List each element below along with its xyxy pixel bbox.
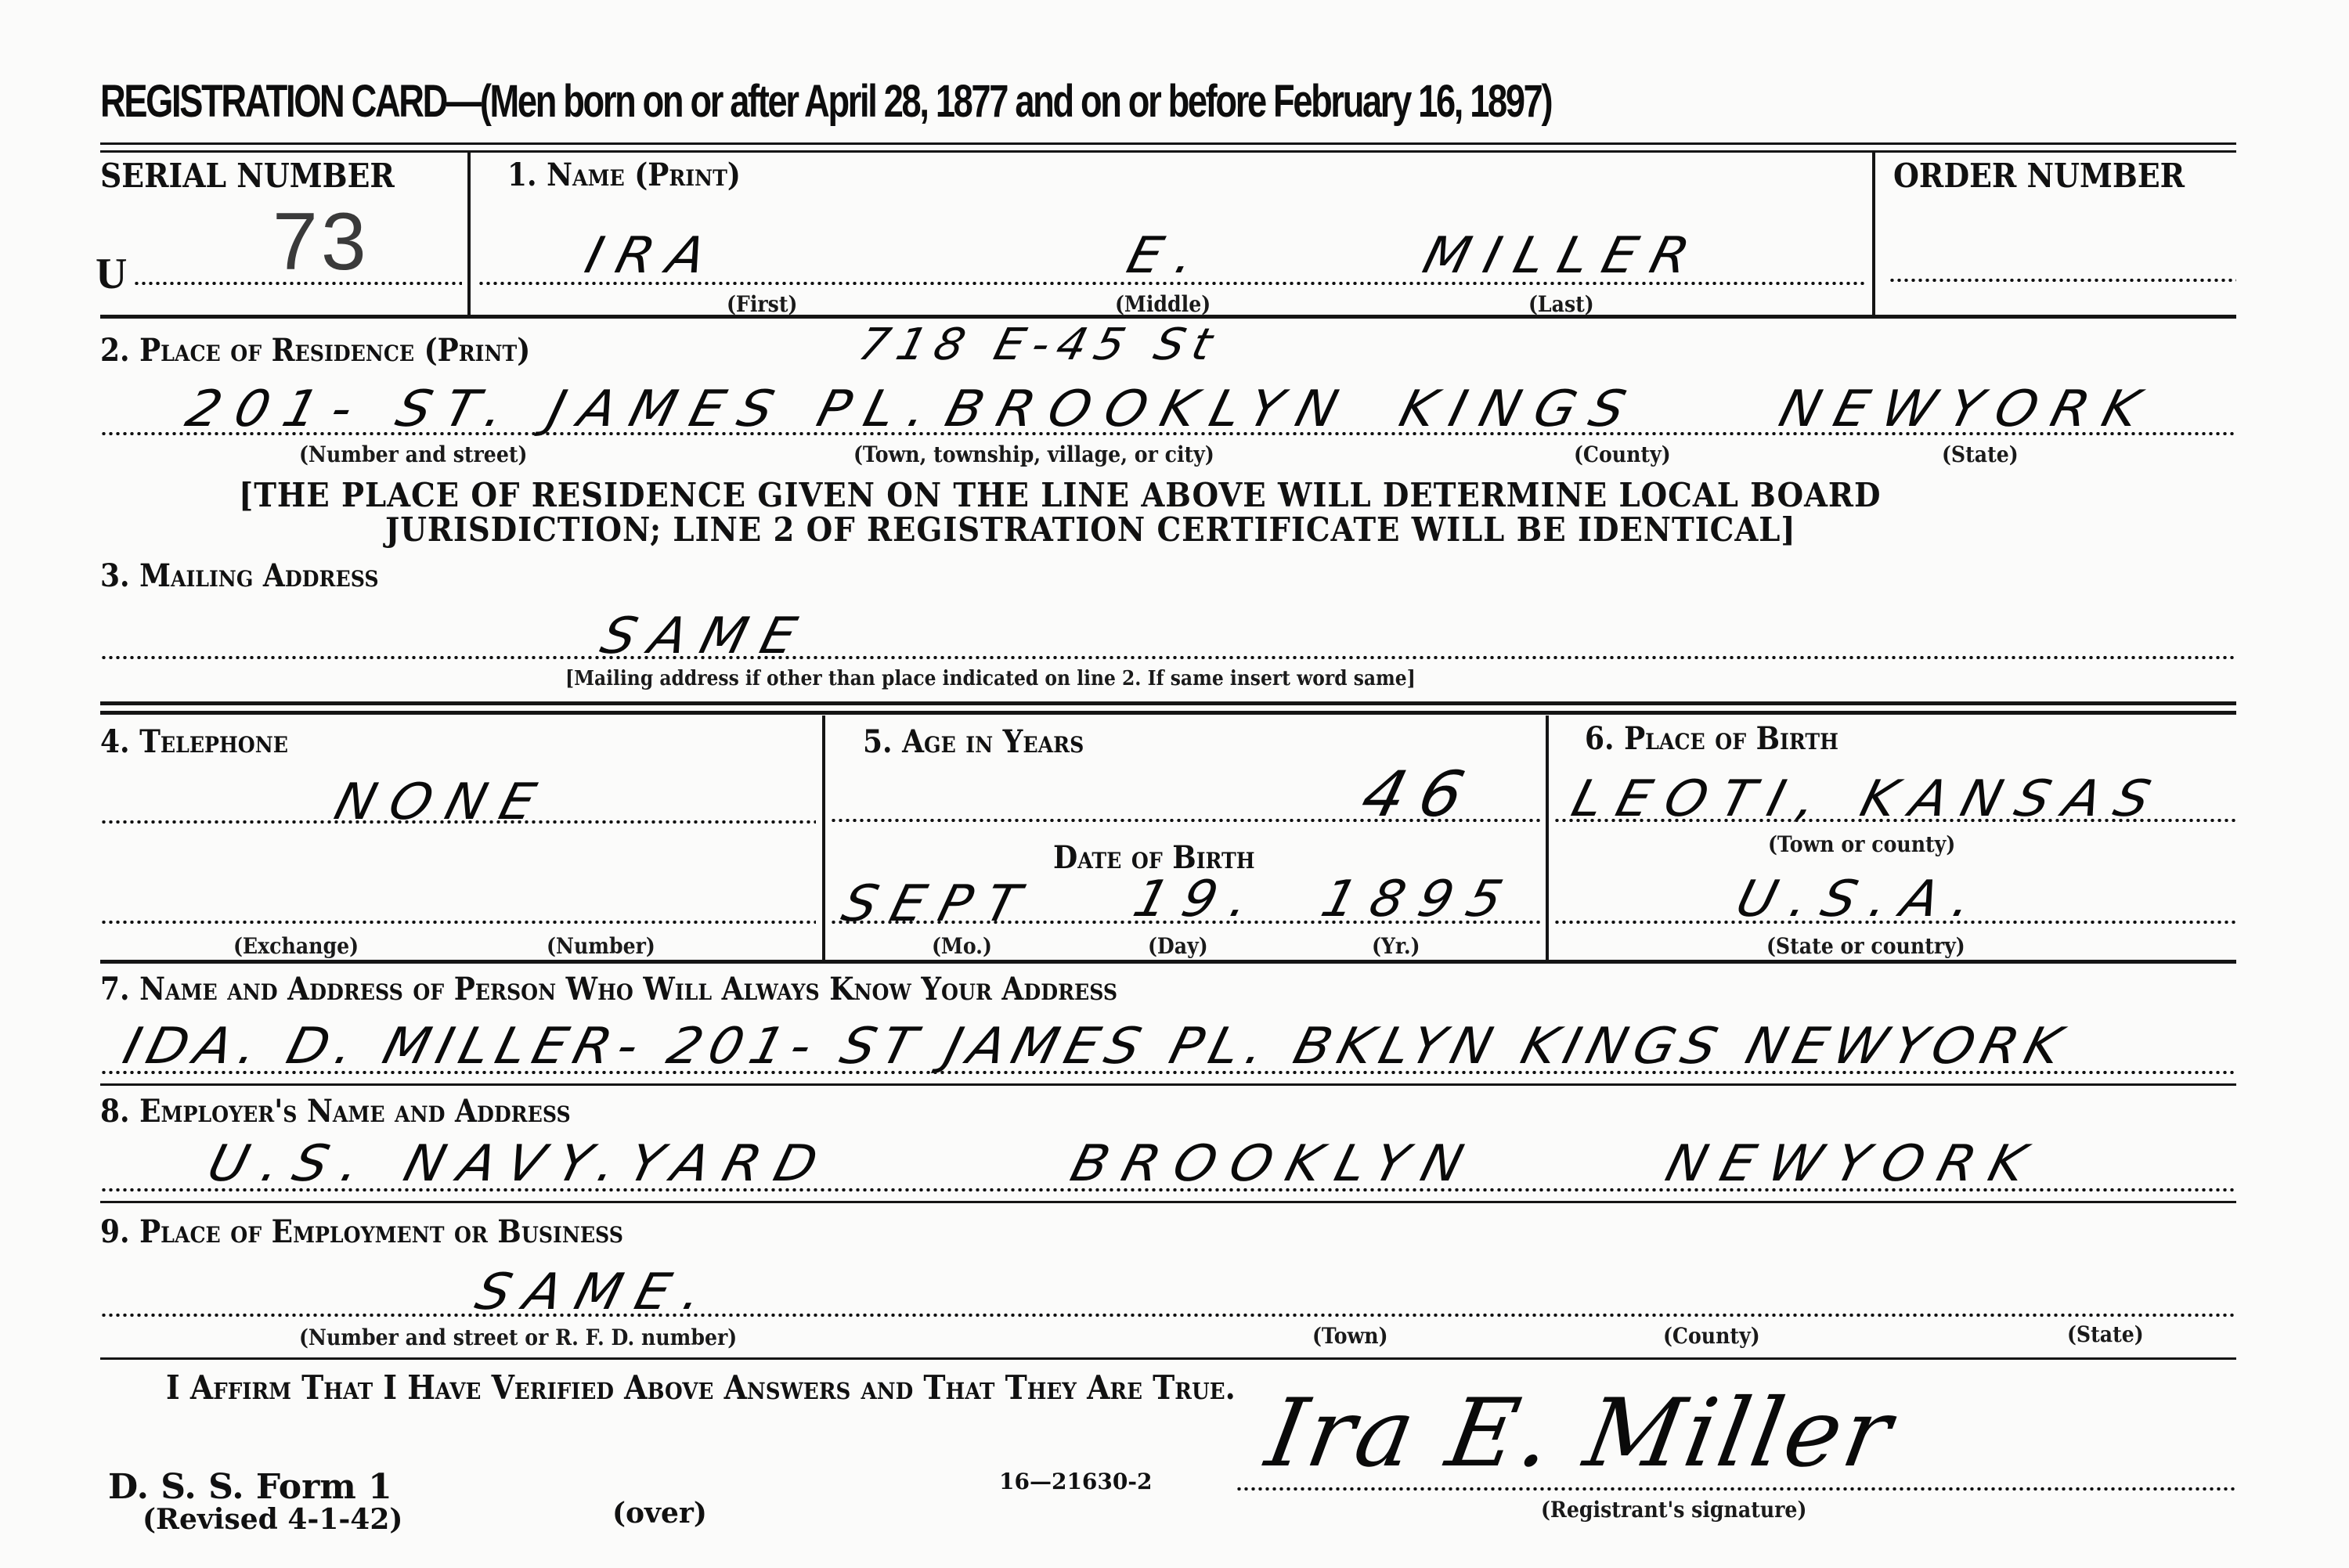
row4-bottom-rule xyxy=(100,960,2236,964)
form-name: D. S. S. Form 1 xyxy=(108,1467,392,1507)
residence-county-caption: (County) xyxy=(1574,442,1671,467)
row7-bottom-rule xyxy=(100,1083,2236,1086)
print-code: 16—21630-2 xyxy=(999,1469,1152,1494)
mailing-address-caption: [Mailing address if other than place ind… xyxy=(565,667,1416,690)
form-over: (over) xyxy=(612,1497,707,1530)
dob-year-caption: (Yr.) xyxy=(1372,933,1420,959)
residence-notice-line2: JURISDICTION; LINE 2 OF REGISTRATION CER… xyxy=(385,510,1796,549)
residence-state[interactable]: NEWYORK xyxy=(1773,380,2160,438)
dob-year[interactable]: 1895 xyxy=(1315,871,1523,928)
row1-bottom-rule xyxy=(100,315,2236,319)
employer-city[interactable]: BROOKLYN xyxy=(1065,1135,1484,1193)
row8-bottom-rule xyxy=(100,1201,2236,1203)
name-first-caption: (First) xyxy=(727,291,797,317)
employer-name[interactable]: U.S. NAVY.YARD xyxy=(202,1135,838,1193)
residence-line xyxy=(100,432,2236,435)
top-rule-2 xyxy=(100,150,2236,153)
employment-street-caption: (Number and street or R. F. D. number) xyxy=(299,1325,737,1350)
age-line xyxy=(830,819,1543,822)
employer-state[interactable]: NEWYORK xyxy=(1660,1135,2046,1193)
registrant-signature[interactable]: Ira E. Miller xyxy=(1259,1379,1902,1488)
birthplace-country[interactable]: U.S.A. xyxy=(1730,871,1993,928)
dob-day[interactable]: 19. xyxy=(1128,871,1270,928)
name-last-caption: (Last) xyxy=(1528,291,1594,317)
order-number-line[interactable] xyxy=(1889,279,2236,282)
divider-name-order xyxy=(1872,153,1875,315)
residence-street-caption: (Number and street) xyxy=(299,442,527,467)
contact-person-line xyxy=(100,1071,2236,1074)
employment-county-caption: (County) xyxy=(1663,1323,1760,1349)
serial-number-line xyxy=(133,282,462,285)
dob-line xyxy=(830,921,1543,924)
row9-bottom-rule xyxy=(100,1357,2236,1360)
employer-line xyxy=(100,1188,2236,1191)
birthplace-country-caption: (State or country) xyxy=(1766,933,1965,959)
employment-town-caption: (Town) xyxy=(1312,1323,1388,1349)
row3-bottom-rule-2 xyxy=(100,711,2236,715)
residence-street[interactable]: 201- ST. JAMES PL. xyxy=(180,380,948,438)
residence-town[interactable]: BROOKLYN xyxy=(940,380,1359,438)
serial-prefix: U xyxy=(96,249,127,299)
card-title: REGISTRATION CARD—(Men born on or after … xyxy=(100,75,1551,128)
age-label: 5. Age in Years xyxy=(863,723,1084,760)
telephone-line-1 xyxy=(100,820,816,824)
signature-caption: (Registrant's signature) xyxy=(1541,1497,1806,1523)
form-revised: (Revised 4-1-42) xyxy=(143,1503,402,1536)
residence-state-caption: (State) xyxy=(1942,442,2019,467)
employer-label: 8. Employer's Name and Address xyxy=(100,1093,571,1130)
serial-number-label: SERIAL NUMBER xyxy=(100,157,395,195)
name-line xyxy=(478,282,1867,285)
residence-correction[interactable]: 718 E-45 St xyxy=(853,319,1225,370)
signature-line xyxy=(1236,1487,2236,1491)
top-rule-1 xyxy=(100,142,2236,145)
divider-phone-age xyxy=(822,716,825,960)
birthplace-town-line xyxy=(1553,819,2236,822)
name-last[interactable]: MILLER xyxy=(1417,227,1710,285)
employment-place-value[interactable]: SAME. xyxy=(470,1263,723,1321)
residence-county[interactable]: KINGS xyxy=(1394,380,1646,438)
mailing-address-line xyxy=(100,656,2236,659)
divider-serial-name xyxy=(467,153,471,315)
affirmation-text: I Affirm That I Have Verified Above Answ… xyxy=(166,1368,1236,1407)
birthplace-label: 6. Place of Birth xyxy=(1585,720,1838,757)
telephone-line-2 xyxy=(100,921,816,924)
dob-month-caption: (Mo.) xyxy=(932,933,992,959)
employment-place-line xyxy=(100,1314,2236,1317)
divider-age-birth xyxy=(1546,716,1549,960)
name-middle[interactable]: E. xyxy=(1121,227,1215,285)
employment-state-caption: (State) xyxy=(2067,1321,2144,1347)
contact-person-value[interactable]: IDA. D. MILLER- 201- ST JAMES PL. BKLYN … xyxy=(117,1018,2074,1076)
birthplace-country-line xyxy=(1553,921,2236,924)
birthplace-town-caption: (Town or county) xyxy=(1768,831,1955,857)
serial-number-value[interactable]: 73 xyxy=(272,196,370,289)
residence-town-caption: (Town, township, village, or city) xyxy=(853,442,1214,467)
name-middle-caption: (Middle) xyxy=(1115,291,1211,317)
name-label: 1. Name (Print) xyxy=(507,157,741,193)
dob-month[interactable]: SEPT xyxy=(836,875,1041,933)
order-number-label: ORDER NUMBER xyxy=(1893,157,2185,195)
name-first[interactable]: IRA xyxy=(579,227,727,285)
telephone-exchange-caption: (Exchange) xyxy=(233,933,359,959)
residence-label: 2. Place of Residence (Print) xyxy=(100,332,530,369)
telephone-number-caption: (Number) xyxy=(547,933,655,959)
dob-day-caption: (Day) xyxy=(1148,933,1208,959)
row3-bottom-rule-1 xyxy=(100,701,2236,705)
residence-notice-line1: [THE PLACE OF RESIDENCE GIVEN ON THE LIN… xyxy=(239,476,1881,514)
contact-person-label: 7. Name and Address of Person Who Will A… xyxy=(100,971,1117,1007)
mailing-address-label: 3. Mailing Address xyxy=(100,557,379,594)
employment-place-label: 9. Place of Employment or Business xyxy=(100,1213,623,1250)
telephone-label: 4. Telephone xyxy=(100,723,288,760)
